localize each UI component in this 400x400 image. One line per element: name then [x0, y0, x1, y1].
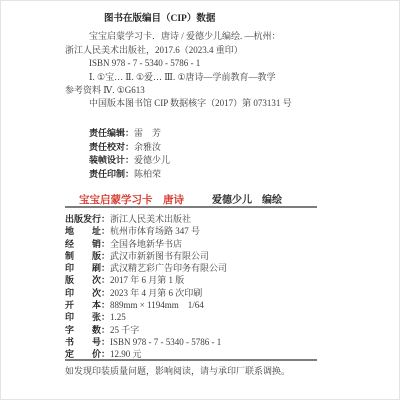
- pub-label: 印 张: [65, 312, 101, 322]
- pub-value: 全国各地新华书店: [110, 239, 182, 249]
- pub-colon: ：: [101, 263, 110, 273]
- book-author: 爱德少儿 编绘: [212, 195, 282, 206]
- pub-colon: ：: [101, 251, 110, 261]
- publication-info-block: 出版发行：浙江人民美术出版社 地 址：杭州市体育场路 347 号 经 销：全国各…: [65, 213, 227, 361]
- staff-label: 责任编辑: [89, 128, 125, 138]
- cip-block: 图书在版编目（CIP）数据 宝宝启蒙学习卡．唐诗 / 爱德少儿编绘. —杭州： …: [65, 13, 319, 111]
- pub-label: 定 价: [65, 349, 101, 359]
- staff-row-proofreader: 责任校对：余雅汝: [89, 141, 170, 155]
- pub-row-platemaking: 制 版：武汉市新新图书有限公司: [65, 250, 227, 262]
- cip-title-line: 宝宝启蒙学习卡．唐诗 / 爱德少儿编绘. —杭州：: [65, 30, 319, 43]
- pub-value: 2017 年 6 月第 1 版: [110, 275, 184, 285]
- pub-label: 印 次: [65, 288, 101, 298]
- pub-colon: ：: [101, 239, 110, 249]
- staff-row-editor: 责任编辑：雷 芳: [89, 127, 170, 141]
- pub-colon: ：: [101, 312, 110, 322]
- title-divider-rule: [65, 206, 317, 208]
- pub-row-wordcount: 字 数：25 千字: [65, 324, 227, 336]
- pub-label: 字 数: [65, 325, 101, 335]
- pub-row-distribution: 经 销：全国各地新华书店: [65, 238, 227, 250]
- pub-label: 经 销: [65, 239, 101, 249]
- pub-label: 出版发行: [65, 214, 101, 224]
- pub-value: 武汉市新新图书有限公司: [110, 251, 209, 261]
- staff-label: 责任印制: [89, 169, 125, 179]
- pub-row-format: 开 本：889mm × 1194mm 1/64: [65, 299, 227, 311]
- pub-colon: ：: [101, 349, 110, 359]
- pub-value: 12.90 元: [110, 349, 142, 359]
- pub-row-isbn: 书 号：ISBN 978 - 7 - 5340 - 5786 - 1: [65, 336, 227, 348]
- staff-colon: ：: [125, 169, 134, 179]
- pub-colon: ：: [101, 300, 110, 310]
- pub-label: 印 刷: [65, 263, 101, 273]
- cip-header: 图书在版编目（CIP）数据: [104, 13, 319, 26]
- staff-colon: ：: [125, 128, 134, 138]
- staff-colon: ：: [125, 142, 134, 152]
- pub-value: 浙江人民美术出版社: [110, 214, 191, 224]
- pub-colon: ：: [101, 214, 110, 224]
- staff-colon: ：: [125, 155, 134, 165]
- pub-row-publisher: 出版发行：浙江人民美术出版社: [65, 213, 227, 225]
- pub-value: 武汉精艺彩广告印务有限公司: [110, 263, 227, 273]
- pub-colon: ：: [101, 288, 110, 298]
- pub-value: 杭州市体育场路 347 号: [110, 226, 200, 236]
- pub-value: 1.25: [110, 312, 126, 322]
- pub-colon: ：: [101, 275, 110, 285]
- book-title: 宝宝启蒙学习卡 唐诗: [79, 195, 184, 206]
- staff-value: 爱德少儿: [134, 155, 170, 165]
- pub-colon: ：: [101, 337, 110, 347]
- cip-publisher-line: 浙江人民美术出版社，2017.6（2023.4 重印）: [65, 44, 319, 57]
- pub-label: 书 号: [65, 337, 101, 347]
- staff-row-designer: 装帧设计：爱德少儿: [89, 154, 170, 168]
- pub-label: 版 次: [65, 275, 101, 285]
- pub-value: 2023 年 4 月第 6 次印刷: [110, 288, 202, 298]
- pub-label: 制 版: [65, 251, 101, 261]
- pub-value: ISBN 978 - 7 - 5340 - 5786 - 1: [110, 337, 221, 347]
- pub-row-impression: 印 次：2023 年 4 月第 6 次印刷: [65, 287, 227, 299]
- pub-colon: ：: [101, 325, 110, 335]
- pub-row-printer: 印 刷：武汉精艺彩广告印务有限公司: [65, 262, 227, 274]
- pub-label: 开 本: [65, 300, 101, 310]
- pub-row-sheets: 印 张：1.25: [65, 311, 227, 323]
- staff-value: 雷 芳: [134, 128, 161, 138]
- pub-label: 地 址: [65, 226, 101, 236]
- pub-value: 25 千字: [110, 325, 139, 335]
- pub-value: 889mm × 1194mm 1/64: [110, 300, 204, 310]
- staff-label: 责任校对: [89, 142, 125, 152]
- book-colophon-page: 图书在版编目（CIP）数据 宝宝启蒙学习卡．唐诗 / 爱德少儿编绘. —杭州： …: [0, 0, 400, 400]
- cip-classification-line-2: 参考资料 Ⅳ. ①G613: [65, 84, 319, 97]
- cip-classification-line-1: Ⅰ. ①宝… Ⅱ. ①爱… Ⅲ. ①唐诗—学前教育—教学: [65, 71, 319, 84]
- staff-label: 装帧设计: [89, 155, 125, 165]
- pub-row-edition: 版 次：2017 年 6 月第 1 版: [65, 274, 227, 286]
- footer-divider-rule: [65, 359, 317, 361]
- cip-isbn-line: ISBN 978 - 7 - 5340 - 5786 - 1: [65, 57, 319, 70]
- cip-record-number-line: 中国版本图书馆 CIP 数据核字（2017）第 073131 号: [65, 97, 319, 110]
- pub-row-address: 地 址：杭州市体育场路 347 号: [65, 225, 227, 237]
- staff-row-printing-supervisor: 责任印制：陈柏荣: [89, 168, 170, 182]
- pub-colon: ：: [101, 226, 110, 236]
- staff-value: 陈柏荣: [134, 169, 161, 179]
- staff-credits-block: 责任编辑：雷 芳 责任校对：余雅汝 装帧设计：爱德少儿 责任印制：陈柏荣: [89, 127, 170, 182]
- staff-value: 余雅汝: [134, 142, 161, 152]
- quality-notice: 如发现印装质量问题，影响阅读，请与承印厂联系调换。: [65, 364, 290, 377]
